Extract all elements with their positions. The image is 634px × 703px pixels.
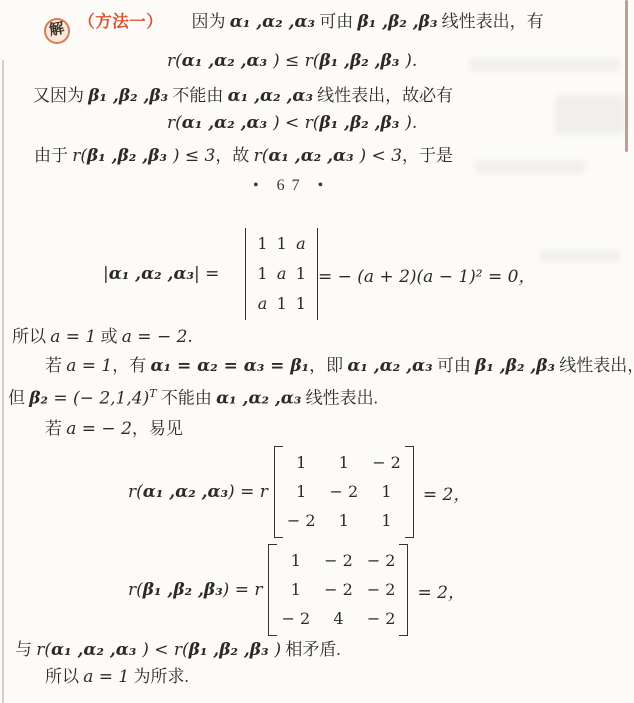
math-run: ) = r	[228, 482, 268, 502]
greek-run: β₁ ,β₂ ,β₃	[319, 113, 405, 133]
text-run: 因为	[192, 12, 230, 31]
matrix-cell: − 2	[367, 611, 396, 627]
math-run: r(	[128, 482, 143, 502]
paragraph-2: 又因为 β₁ ,β₂ ,β₃ 不能由 α₁ ,α₂ ,α₃ 线性表出，故必有	[33, 85, 453, 107]
matrix-cell: − 2	[330, 484, 359, 500]
greek-run: α₁ ,α₂ ,α₃	[109, 264, 194, 284]
math-run: ) < r(	[142, 640, 188, 660]
show-through-smudge	[470, 58, 620, 72]
solution-header-line: 解 （方法一） 因为 α₁ ,α₂ ,α₃ 可由 β₁ ,β₂ ,β₃ 线性表出…	[44, 11, 544, 44]
text-run: 线性表出，有	[437, 12, 543, 31]
math-run: = 2，	[423, 480, 470, 505]
text-run: 或	[96, 327, 122, 346]
text-run: ，易见	[132, 419, 183, 438]
text-run: 不能由	[157, 389, 217, 408]
matrix-cell: 1	[257, 236, 267, 252]
math-run: r(	[167, 51, 182, 71]
formula-rank-le: r(α₁ ,α₂ ,α₃ ) ≤ r(β₁ ,β₂ ,β₃ ).	[167, 50, 417, 72]
text-run: ，即	[309, 356, 347, 375]
matrix-cell: 1	[296, 455, 306, 471]
page-number: • 67 •	[253, 176, 330, 197]
math-run: ).	[405, 51, 417, 71]
text-run: ，有	[112, 356, 150, 375]
math-run: ).	[405, 113, 417, 133]
greek-run: α₁ ,α₂ ,α₃	[228, 86, 313, 106]
greek-run: β₁ ,β₂ ,β₃	[88, 86, 168, 106]
textbook-page: 解 （方法一） 因为 α₁ ,α₂ ,α₃ 可由 β₁ ,β₂ ,β₃ 线性表出…	[0, 0, 634, 703]
math-run: = (− 2,1,4)	[48, 389, 149, 409]
greek-run: α₁ ,α₂ ,α₃	[182, 51, 273, 71]
text-run: 为所求.	[129, 667, 189, 686]
paragraph-8: 与 r(α₁ ,α₂ ,α₃ ) < r(β₁ ,β₂ ,β₃ ) 相矛盾.	[15, 639, 341, 661]
paragraph-9: 所以 a = 1 为所求.	[45, 666, 189, 688]
matrix-cell: a	[277, 266, 287, 282]
math-run: r(	[36, 640, 51, 660]
text-run: 相矛盾.	[281, 640, 341, 659]
greek-run: β₂	[29, 389, 48, 409]
matrix-cell: 1	[381, 484, 391, 500]
method-label: （方法一）	[78, 12, 163, 31]
matrix-cell: 4	[333, 611, 343, 627]
text-run: 若	[45, 419, 66, 438]
math-run: = 2，	[417, 578, 464, 603]
text-run: 可由	[433, 356, 476, 375]
matrix-cell: 1	[277, 236, 287, 252]
rank-beta-equation: r(β₁ ,β₂ ,β₃ ) = r 1− 2− 2 1− 2− 2 − 24−…	[128, 540, 465, 640]
text-run: 若	[45, 356, 66, 375]
show-through-smudge	[540, 250, 620, 262]
math-run: ) = r	[223, 580, 263, 600]
matrix-cell: − 2	[287, 513, 316, 529]
matrix-cell: 1	[296, 484, 306, 500]
matrix-cell: − 2	[324, 582, 353, 598]
text-run: 由于	[34, 146, 72, 165]
matrix-cell: 1	[339, 455, 349, 471]
math-run: | =	[194, 264, 219, 284]
matrix-cell: 1	[339, 513, 349, 529]
matrix-beta-3x3: 1− 2− 2 1− 2− 2 − 24− 2	[268, 544, 408, 636]
greek-run: β₁ ,β₂ ,β₃	[358, 12, 438, 32]
text-run: 又因为	[33, 86, 88, 105]
matrix-cell: − 2	[324, 553, 353, 569]
show-through-smudge	[555, 95, 625, 135]
determinant-3x3: 11a 1a1 a11	[245, 228, 318, 320]
matrix-cell: − 2	[372, 455, 401, 471]
math-run: a = − 2.	[122, 327, 193, 347]
greek-run: β₁ ,β₂ ,β₃	[189, 640, 275, 660]
math-run: a = − 2	[66, 419, 132, 439]
matrix-cell: − 2	[367, 582, 396, 598]
matrix-alpha-3x3: 11− 2 1− 21 − 211	[274, 446, 414, 538]
paragraph-6: 但 β₂ = (− 2,1,4)T 不能由 α₁ ,α₂ ,α₃ 线性表出.	[8, 387, 378, 410]
greek-run: α₁ ,α₂ ,α₃	[268, 146, 359, 166]
text-run: 所以	[12, 327, 50, 346]
matrix-cell: 1	[291, 553, 301, 569]
math-run: ) < 3	[360, 146, 403, 166]
show-through-smudge	[475, 160, 585, 174]
greek-run: β₁ ,β₂ ,β₃	[475, 356, 555, 376]
text-run: 但	[8, 389, 29, 408]
text-run: 不能由	[168, 86, 228, 105]
math-run: r(	[254, 146, 269, 166]
determinant-equation: | α₁ ,α₂ ,α₃ | = 11a 1a1 a11 = − (a + 2)…	[103, 224, 535, 324]
solution-badge-label: 解	[48, 20, 66, 42]
greek-run: α₁ = α₂ = α₃ = β₁	[151, 356, 310, 376]
matrix-cell: 1	[277, 296, 287, 312]
math-run: ) ≤ 3	[173, 146, 216, 166]
math-run: r(	[128, 580, 143, 600]
matrix-cell: 1	[381, 513, 391, 529]
greek-run: α₁ ,α₂ ,α₃	[51, 640, 142, 660]
matrix-cell: a	[258, 296, 268, 312]
matrix-cell: 1	[257, 266, 267, 282]
text-run: 线性表出，故必有	[313, 86, 453, 105]
text-run: 线性表出.	[301, 389, 378, 408]
text-run: 与	[15, 640, 36, 659]
math-run: ) ≤ r(	[273, 51, 319, 71]
transpose-superscript: T	[149, 387, 156, 400]
matrix-cell: − 2	[281, 611, 310, 627]
math-run: a = 1	[50, 327, 96, 347]
text-run: ，故	[215, 146, 253, 165]
math-run: = − (a + 2)(a − 1)² = 0，	[318, 262, 536, 287]
page-edge-left-line	[2, 60, 4, 703]
matrix-cell: 1	[296, 296, 306, 312]
math-run: ) < r(	[273, 113, 319, 133]
math-run: r(	[72, 146, 87, 166]
text-run: 所以	[45, 667, 83, 686]
paragraph-3: 由于 r(β₁ ,β₂ ,β₃ ) ≤ 3，故 r(α₁ ,α₂ ,α₃ ) <…	[34, 145, 453, 167]
formula-rank-lt: r(α₁ ,α₂ ,α₃ ) < r(β₁ ,β₂ ,β₃ ).	[167, 112, 417, 134]
paragraph-7: 若 a = − 2，易见	[45, 418, 183, 440]
math-run: a = 1	[83, 667, 129, 687]
text-run: 可由	[315, 12, 358, 31]
matrix-cell: 1	[291, 582, 301, 598]
greek-run: α₁ ,α₂ ,α₃	[143, 482, 228, 502]
rank-alpha-equation: r(α₁ ,α₂ ,α₃ ) = r 11− 2 1− 21 − 211 = 2…	[128, 442, 470, 542]
math-run: r(	[167, 113, 182, 133]
paragraph-4: 所以 a = 1 或 a = − 2.	[12, 326, 193, 348]
paragraph-5: 若 a = 1，有 α₁ = α₂ = α₃ = β₁，即 α₁ ,α₂ ,α₃…	[45, 355, 634, 377]
matrix-cell: − 2	[367, 553, 396, 569]
greek-run: α₁ ,α₂ ,α₃	[347, 356, 432, 376]
greek-run: β₁ ,β₂ ,β₃	[87, 146, 173, 166]
greek-run: α₁ ,α₂ ,α₃	[230, 12, 315, 32]
matrix-cell: a	[296, 236, 306, 252]
greek-run: β₁ ,β₂ ,β₃	[319, 51, 405, 71]
text-run: ，于是	[402, 146, 453, 165]
greek-run: β₁ ,β₂ ,β₃	[143, 580, 223, 600]
greek-run: α₁ ,α₂ ,α₃	[182, 113, 273, 133]
math-run: a = 1	[66, 356, 112, 376]
greek-run: α₁ ,α₂ ,α₃	[216, 389, 301, 409]
text-run: 线性表出，	[555, 356, 634, 375]
solution-badge: 解	[42, 16, 72, 46]
page-edge-right-line	[625, 0, 628, 152]
matrix-cell: 1	[296, 266, 306, 282]
